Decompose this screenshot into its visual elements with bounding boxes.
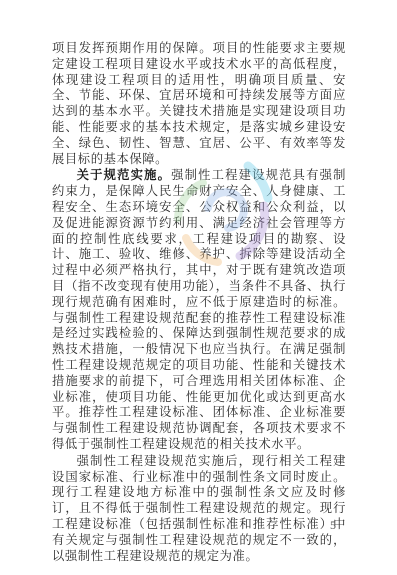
paragraph-1-text: 项目发挥预期作用的保障。项目的性能要求主要规定建设工程项目建设水平或技术水平的高…: [52, 41, 346, 166]
document-page: 项目发挥预期作用的保障。项目的性能要求主要规定建设工程项目建设水平或技术水平的高…: [52, 40, 346, 564]
paragraph-1: 项目发挥预期作用的保障。项目的性能要求主要规定建设工程项目建设水平或技术水平的高…: [52, 40, 346, 167]
paragraph-2-lead: 关于规范实施。: [77, 167, 172, 182]
page-number: 5: [330, 518, 336, 533]
paragraph-2-text: 强制性工程建设规范具有强制约束力，是保障人民生命财产安全、人身健康、工程安全、生…: [52, 168, 346, 451]
paragraph-3-text: 强制性工程建设规范实施后，现行相关工程建设国家标准、行业标准中的强制性条文同时废…: [52, 454, 346, 563]
paragraph-2: 关于规范实施。强制性工程建设规范具有强制约束力，是保障人民生命财产安全、人身健康…: [52, 167, 346, 452]
paragraph-3: 强制性工程建设规范实施后，现行相关工程建设国家标准、行业标准中的强制性条文同时废…: [52, 453, 346, 565]
